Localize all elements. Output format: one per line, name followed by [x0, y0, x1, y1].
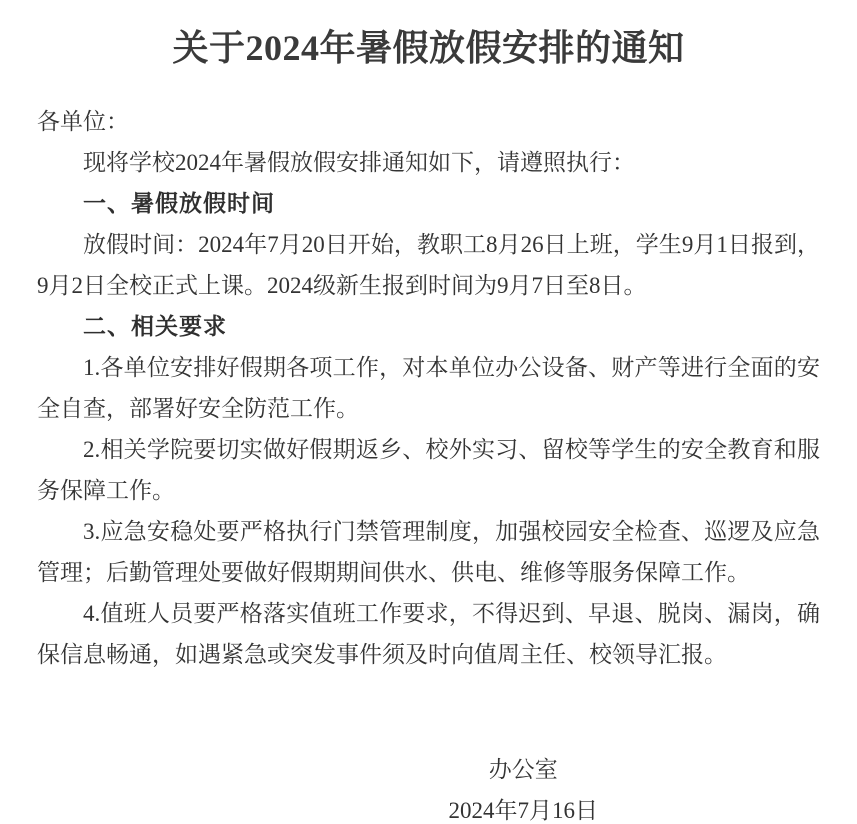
- signature-signer: 办公室: [449, 749, 599, 790]
- signature-date: 2024年7月16日: [449, 790, 599, 824]
- salutation: 各单位：: [37, 101, 820, 142]
- intro-paragraph: 现将学校2024年暑假放假安排通知如下，请遵照执行：: [37, 142, 820, 183]
- notice-document: 关于2024年暑假放假安排的通知 各单位： 现将学校2024年暑假放假安排通知如…: [0, 0, 857, 824]
- signature-block: 办公室 2024年7月16日: [449, 749, 599, 824]
- requirement-item-3: 3.应急安稳处要严格执行门禁管理制度，加强校园安全检查、巡逻及应急管理；后勤管理…: [37, 511, 820, 593]
- section-2-heading: 二、相关要求: [37, 306, 820, 347]
- section-1-heading: 一、暑假放假时间: [37, 183, 820, 224]
- document-title: 关于2024年暑假放假安排的通知: [37, 26, 820, 70]
- requirement-item-2: 2.相关学院要切实做好假期返乡、校外实习、留校等学生的安全教育和服务保障工作。: [37, 429, 820, 511]
- requirement-item-1: 1.各单位安排好假期各项工作，对本单位办公设备、财产等进行全面的安全自查，部署好…: [37, 347, 820, 429]
- requirement-item-4: 4.值班人员要严格落实值班工作要求，不得迟到、早退、脱岗、漏岗，确保信息畅通，如…: [37, 593, 820, 675]
- section-1-paragraph: 放假时间：2024年7月20日开始，教职工8月26日上班，学生9月1日报到，9月…: [37, 224, 820, 306]
